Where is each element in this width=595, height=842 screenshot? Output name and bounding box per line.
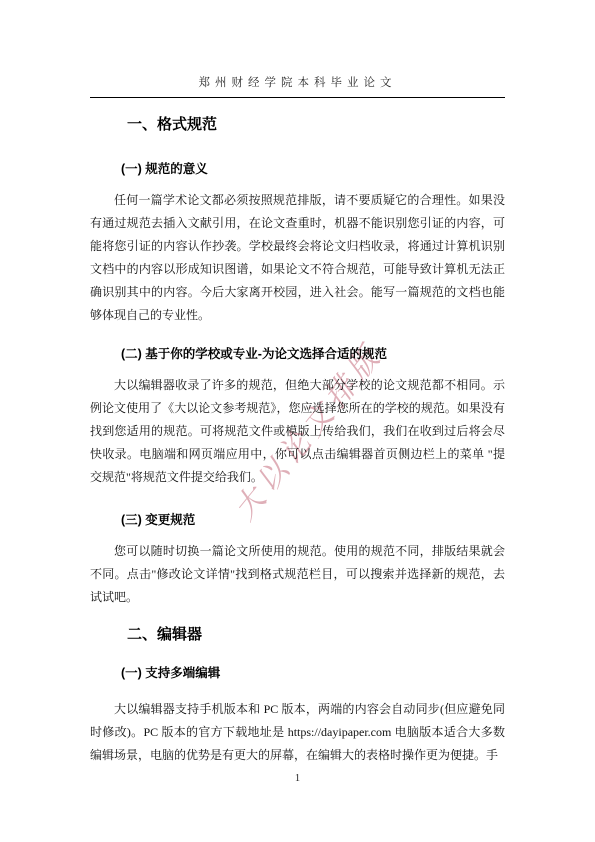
section-heading-editor: 二、编辑器 [127, 625, 505, 645]
paragraph-meaning-of-standards: 任何一篇学术论文都必须按照规范排版，请不要质疑它的合理性。如果没有通过规范去插入… [90, 189, 505, 327]
running-header: 郑州财经学院本科毕业论文 [90, 76, 505, 98]
subsection-heading-meaning-of-standards: (一) 规范的意义 [121, 161, 505, 178]
section-heading-format-standards: 一、格式规范 [127, 115, 505, 135]
paragraph-multi-device-editing: 大以编辑器支持手机版本和 PC 版本，两端的内容会自动同步(但应避免同时修改)。… [90, 698, 505, 767]
paragraph-change-standard: 您可以随时切换一篇论文所使用的规范。使用的规范不同，排版结果就会不同。点击"修改… [90, 540, 505, 609]
page-body: 一、格式规范 (一) 规范的意义 任何一篇学术论文都必须按照规范排版，请不要质疑… [90, 115, 505, 767]
subsection-heading-change-standard: (三) 变更规范 [121, 512, 505, 529]
page-number: 1 [0, 772, 595, 786]
subsection-heading-choose-standard: (二) 基于你的学校或专业-为论文选择合适的规范 [121, 346, 505, 363]
paragraph-choose-standard: 大以编辑器收录了许多的规范，但绝大部分学校的论文规范都不相同。示例论文使用了《大… [90, 374, 505, 489]
running-header-title: 郑州财经学院本科毕业论文 [199, 77, 397, 89]
subsection-heading-multi-device-editing: (一) 支持多端编辑 [121, 665, 505, 682]
